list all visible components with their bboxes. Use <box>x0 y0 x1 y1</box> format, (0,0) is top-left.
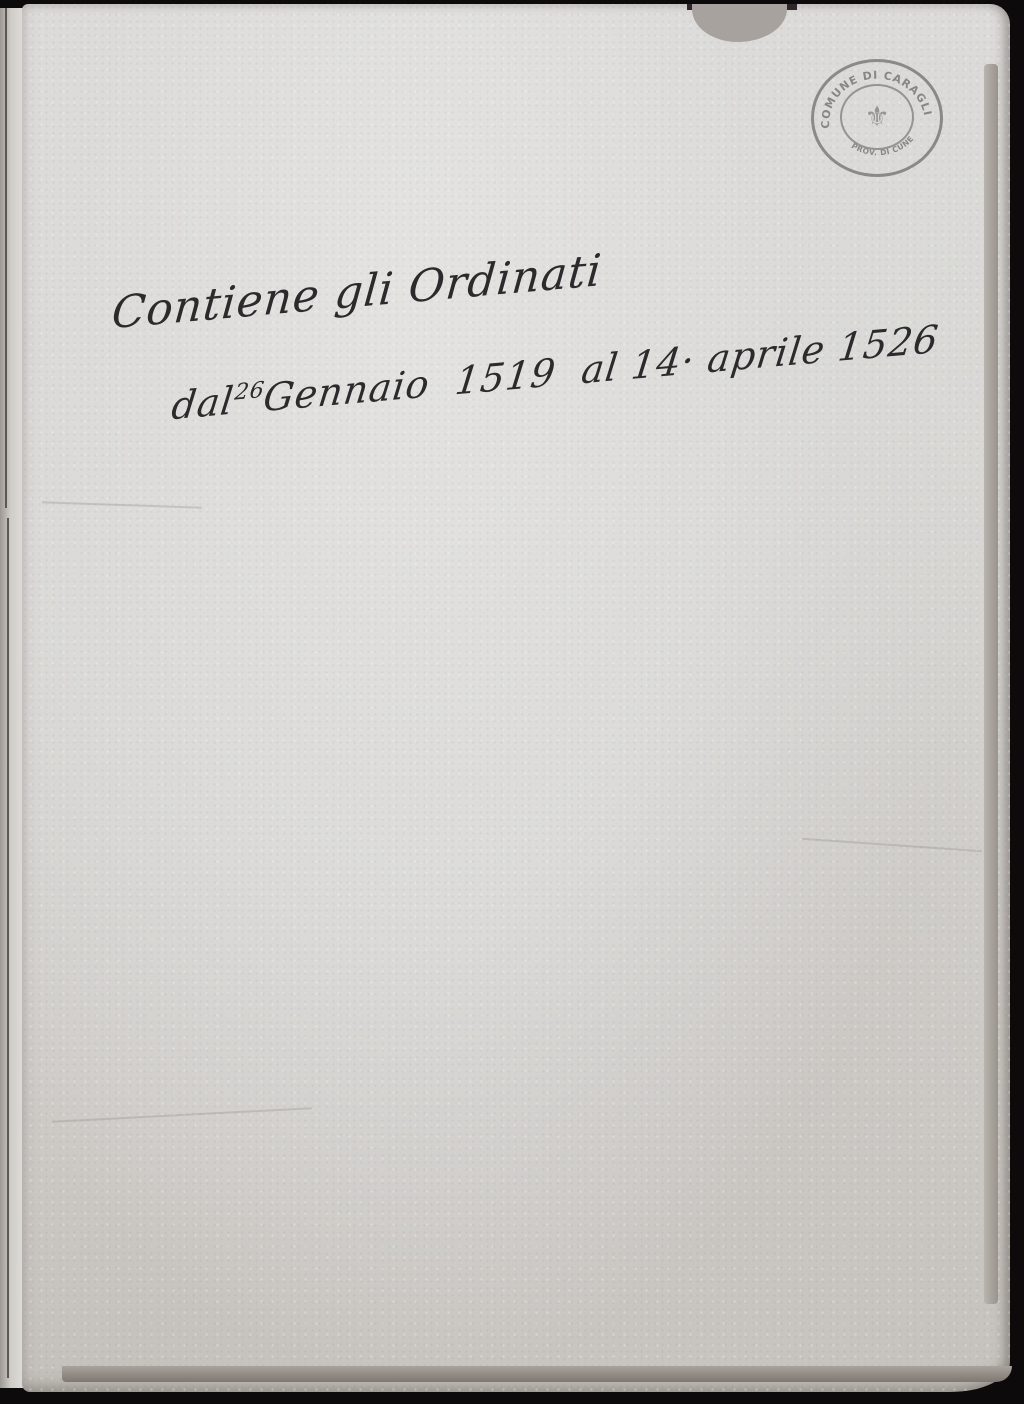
date-connector: al <box>579 345 621 393</box>
paper-crease <box>52 1107 312 1123</box>
paper-crease <box>802 838 982 853</box>
bottom-edge-wear <box>62 1366 1012 1382</box>
date-from-day: 26 <box>233 378 266 406</box>
right-edge-wear <box>984 64 998 1304</box>
stamp-inner-ring: ⚜ <box>840 84 914 150</box>
municipal-stamp: COMUNE DI CARAGLIO PROV. DI CUNEO ⚜ <box>811 59 943 177</box>
binding-thread <box>7 518 9 1378</box>
paper-crease <box>42 501 202 509</box>
coat-of-arms-icon: ⚜ <box>864 103 889 131</box>
date-from-year: 1519 <box>453 350 559 403</box>
paper-tear <box>692 4 787 42</box>
date-to-year: 1526 <box>836 317 942 370</box>
paper-sheet <box>22 4 1010 1392</box>
binding-thread <box>5 8 7 508</box>
date-prefix: dal <box>169 378 236 428</box>
date-to-day: 14 <box>629 339 685 388</box>
